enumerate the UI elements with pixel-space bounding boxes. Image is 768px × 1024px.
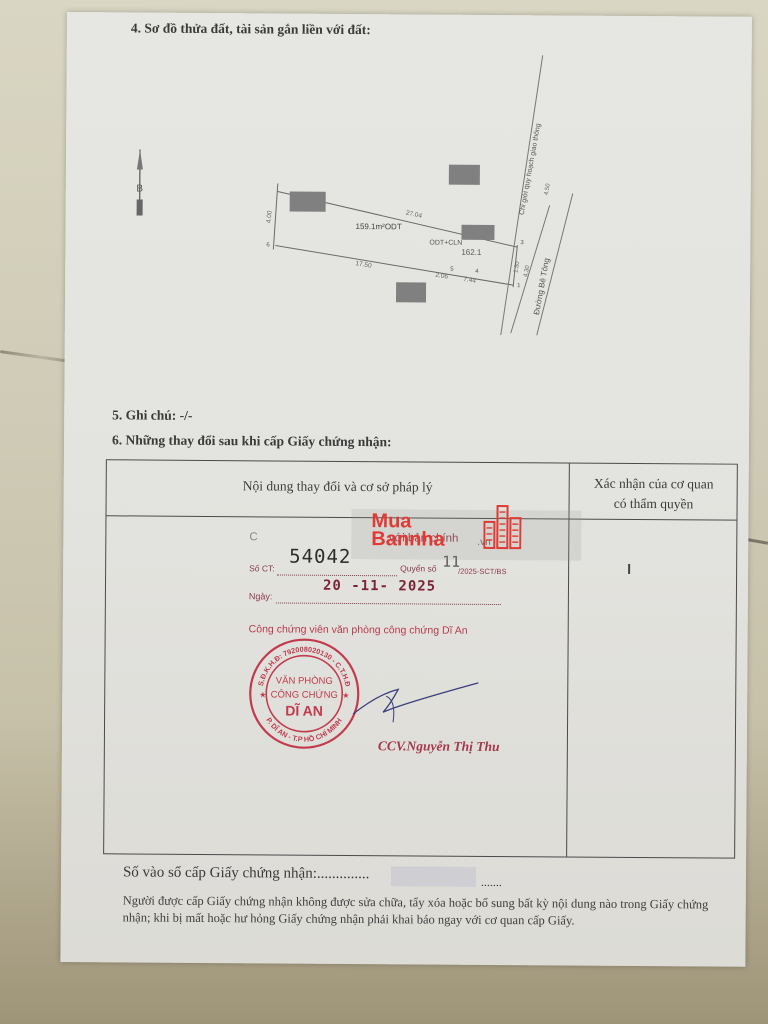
svg-text:4.30: 4.30 (523, 264, 531, 277)
redacted-block (461, 225, 494, 240)
svg-text:17.50: 17.50 (355, 260, 373, 270)
svg-text:DĨ AN: DĨ AN (285, 702, 323, 719)
svg-text:6: 6 (266, 242, 270, 248)
notary-signer-name: CCV.Nguyễn Thị Thu (378, 738, 500, 755)
section-5-title: 5. Ghi chú: -/- (112, 407, 192, 424)
quyen-so-suffix: /2025-SCT/BS (458, 567, 506, 576)
land-parcel-diagram: 159.1m²ODT ODT+CLN 162.1 27.04 4.00 17.5… (64, 12, 752, 417)
svg-text:CÔNG CHỨNG: CÔNG CHỨNG (271, 689, 338, 700)
section-6-title: 6. Những thay đổi sau khi cấp Giấy chứng… (112, 432, 392, 450)
svg-text:159.1m²ODT: 159.1m²ODT (355, 222, 401, 231)
svg-text:7.44: 7.44 (463, 276, 477, 285)
buildings-logo-icon (483, 504, 521, 550)
notary-office-line: Công chứng viên văn phòng công chứng Dĩ … (249, 623, 468, 637)
svg-text:Đường Bê Tông: Đường Bê Tông (532, 257, 551, 315)
svg-text:27.04: 27.04 (405, 209, 423, 219)
header-line-2: có thẩm quyền (571, 494, 737, 515)
redacted-block (290, 192, 326, 212)
floor-crack-right (748, 538, 768, 544)
svg-text:★: ★ (259, 690, 266, 699)
quyen-so-label: Quyển số (400, 563, 436, 573)
redacted-block (396, 282, 426, 302)
registry-number-label: Số vào sổ cấp Giấy chứng nhận:..........… (123, 864, 370, 883)
so-ct-dotted-line (277, 574, 397, 576)
mua-ban-nha-watermark: Mua Bannha .vn (285, 511, 515, 563)
svg-text:5: 5 (450, 267, 454, 273)
registry-number-trailing-dots: ....... (481, 875, 502, 890)
svg-text:1: 1 (517, 283, 521, 289)
svg-text:1.50: 1.50 (513, 260, 521, 273)
date-value: 20 -11- 2025 (323, 578, 436, 595)
pen-mark (628, 564, 630, 574)
svg-text:4.00: 4.00 (266, 210, 274, 224)
date-dotted-line (276, 602, 501, 605)
svg-text:2.06: 2.06 (435, 272, 449, 281)
svg-text:162.1: 162.1 (461, 248, 482, 257)
column-header-confirmation: Xác nhận của cơ quan có thẩm quyền (571, 474, 737, 515)
signature-icon (338, 674, 498, 735)
certificate-notice: Người được cấp Giấy chứng nhận không đượ… (123, 892, 723, 930)
svg-text:VĂN PHÒNG: VĂN PHÒNG (276, 675, 333, 686)
header-line-1: Xác nhận của cơ quan (571, 474, 737, 495)
svg-text:3: 3 (520, 240, 524, 246)
svg-text:4.50: 4.50 (544, 183, 552, 196)
svg-text:ODT+CLN: ODT+CLN (429, 240, 462, 247)
svg-text:4: 4 (475, 269, 479, 275)
redacted-registry-number (391, 866, 476, 887)
watermark-line-2: Bannha (371, 529, 444, 550)
certificate-page: 4. Sơ đồ thửa đất, tài sản gắn liền với … (60, 12, 752, 967)
redacted-block (449, 165, 480, 185)
so-ct-label: Số CT: (249, 563, 275, 573)
copy-prefix: C (249, 531, 257, 543)
date-label: Ngày: (249, 591, 273, 601)
